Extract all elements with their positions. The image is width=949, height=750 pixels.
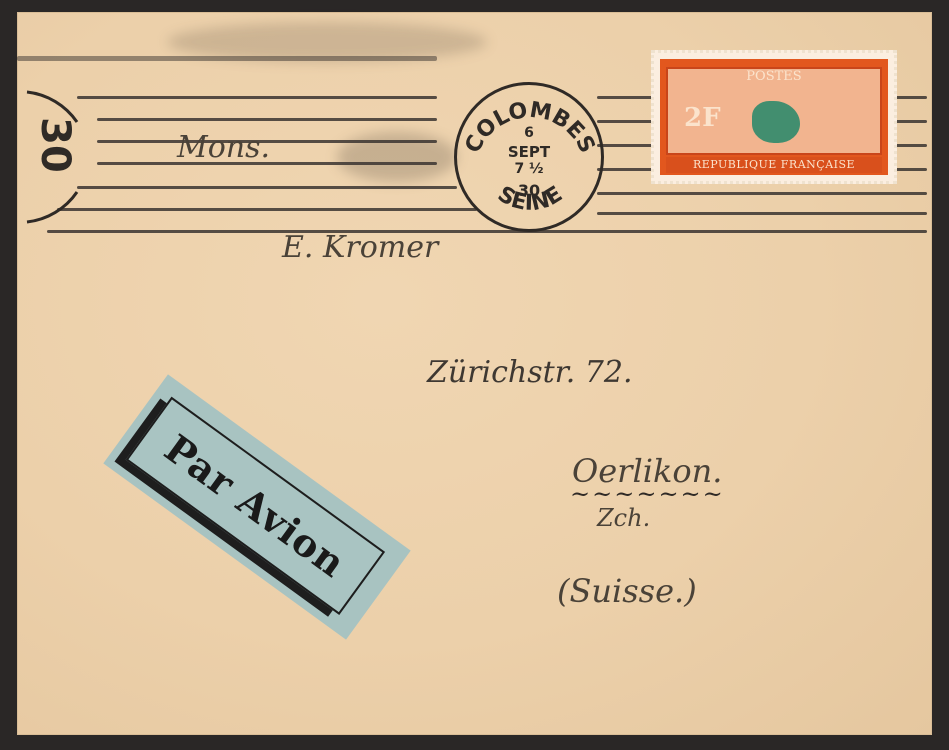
stamp-country: REPUBLIQUE FRANÇAISE [666, 157, 882, 173]
partial-postmark-text: 30 [32, 117, 78, 173]
address-salutation: Mons. [177, 130, 270, 165]
envelope: 30 COLOMBES SEINE 6 SEPT 7 ½ 30 POSTES 2… [17, 12, 932, 735]
postmark-year: 30 [457, 181, 601, 200]
colombes-postmark: COLOMBES SEINE 6 SEPT 7 ½ 30 [454, 82, 604, 232]
address-name: E. Kromer [282, 230, 438, 265]
address-country: (Suisse.) [557, 572, 697, 610]
par-avion-text: Par Avion [137, 411, 374, 600]
postmark-day: 6 [457, 125, 601, 141]
postmark-month: SEPT [457, 143, 601, 161]
stamp-top-text: POSTES [654, 69, 894, 84]
postage-stamp: POSTES 2F REPUBLIQUE FRANÇAISE [651, 50, 897, 184]
postmark-time: 7 ½ [457, 161, 601, 177]
address-canton: Zch. [597, 504, 650, 532]
stamp-vignette [752, 101, 800, 143]
par-avion-label: Par Avion [103, 374, 410, 639]
stamp-value: 2F [684, 103, 721, 133]
address-street: Zürichstr. 72. [427, 355, 633, 390]
partial-postmark: 30 [17, 82, 87, 232]
